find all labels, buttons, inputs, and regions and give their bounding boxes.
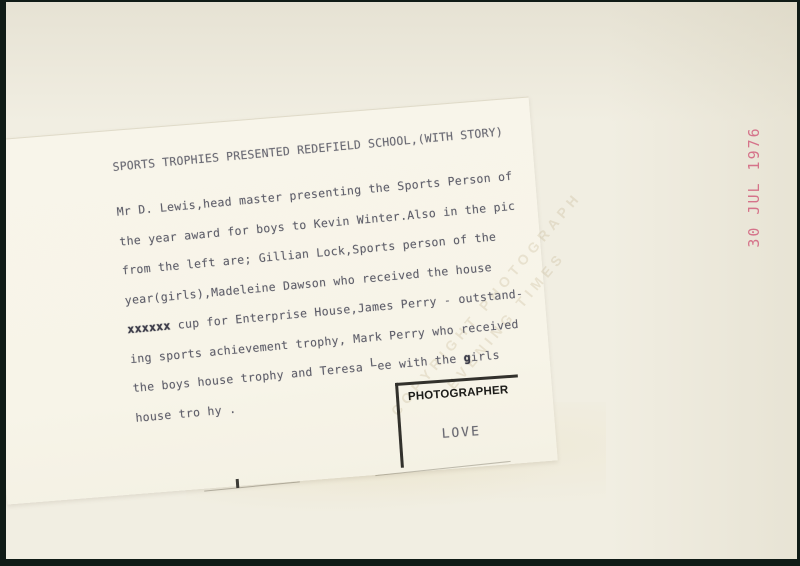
caption-text: L: [369, 355, 377, 370]
press-photo-scan: COPYRIGHT PHOTOGRAPH EVENING TIMES SPORT…: [0, 0, 800, 566]
photographer-box: PHOTOGRAPHER LOVE: [395, 374, 524, 467]
paper-shading-top: [6, 2, 797, 122]
photo-backing-card: COPYRIGHT PHOTOGRAPH EVENING TIMES SPORT…: [6, 2, 797, 559]
caption-text: irls: [470, 348, 500, 365]
photographer-label: PHOTOGRAPHER: [408, 383, 520, 403]
date-stamp: 30 JUL 1976: [745, 107, 763, 267]
caption-overtyped-word: xxxxxx: [127, 318, 171, 336]
slip-edge-mark: [236, 479, 240, 488]
paper-shading-right: [607, 2, 797, 559]
caption-text: ee with the: [377, 351, 465, 373]
caption-text: house tro hy .: [135, 401, 237, 424]
photographer-name: LOVE: [441, 421, 522, 442]
